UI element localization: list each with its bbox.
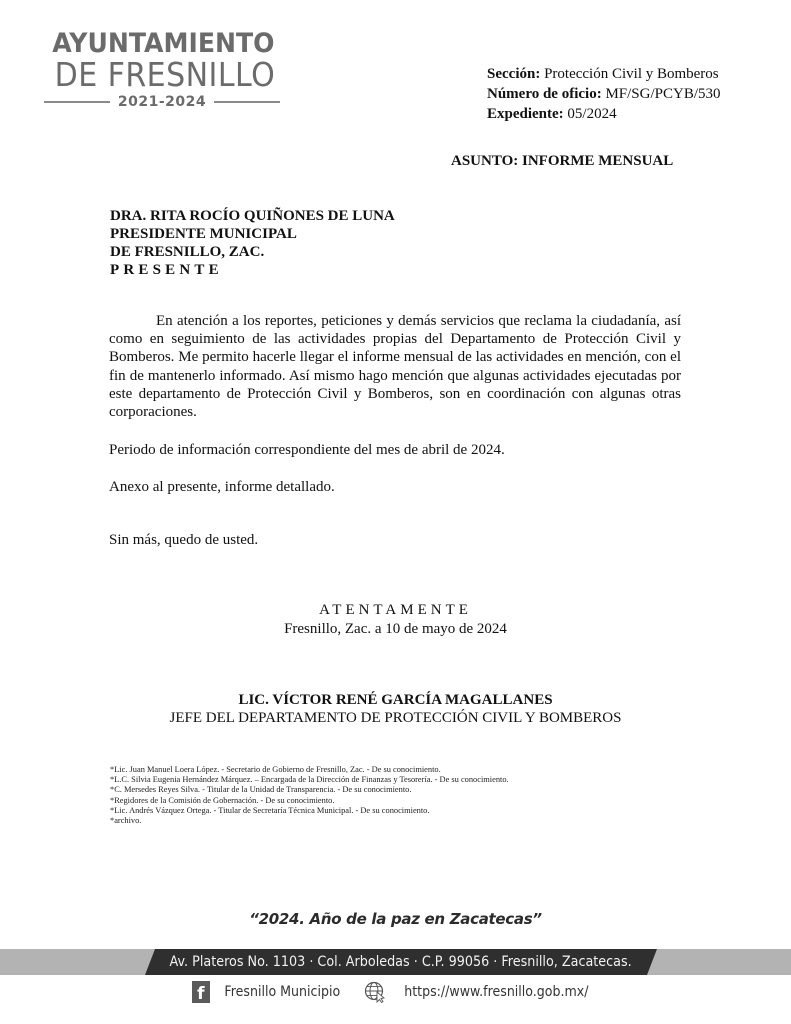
cc-item: *Lic. Juan Manuel Loera López. - Secreta… (110, 765, 509, 775)
logo-ayuntamiento: AYUNTAMIENTO (52, 30, 271, 58)
footer-address: Av. Plateros No. 1103 · Col. Arboledas ·… (170, 954, 632, 970)
meta-expediente-label: Expediente: (487, 106, 564, 122)
document-meta: Sección: Protección Civil y Bomberos Núm… (487, 64, 721, 124)
meta-oficio: Número de oficio: MF/SG/PCYB/530 (487, 84, 721, 104)
logo-de-fresnillo: DE FRESNILLO (55, 58, 270, 92)
globe-cursor-icon[interactable] (364, 981, 386, 1003)
meta-seccion-label: Sección: (487, 66, 540, 82)
meta-expediente: Expediente: 05/2024 (487, 104, 721, 124)
footer-slogan: “2024. Año de la paz en Zacatecas” (0, 910, 791, 928)
logo-rule-right (214, 101, 280, 103)
addressee-block: DRA. RITA ROCÍO QUIÑONES DE LUNA PRESIDE… (110, 207, 395, 279)
municipality-logo: AYUNTAMIENTO DE FRESNILLO 2021-2024 (44, 30, 280, 110)
footer-links: f Fresnillo Municipio https://www.fresni… (0, 981, 791, 1003)
logo-years: 2021-2024 (110, 94, 214, 110)
cc-item: *Regidores de la Comisión de Gobernación… (110, 796, 509, 806)
closing-atentamente: ATENTAMENTE (0, 601, 791, 619)
addressee-name: DRA. RITA ROCÍO QUIÑONES DE LUNA (110, 207, 395, 225)
addressee-presente: PRESENTE (110, 261, 395, 279)
despedida-text: Sin más, quedo de usted. (109, 531, 258, 549)
cc-item: *C. Mersedes Reyes Silva. - Titular de l… (110, 785, 509, 795)
signer-name: LIC. VÍCTOR RENÉ GARCÍA MAGALLANES (0, 691, 791, 709)
meta-expediente-value: 05/2024 (567, 106, 616, 122)
facebook-link[interactable]: Fresnillo Municipio (224, 984, 340, 1000)
meta-seccion-value: Protección Civil y Bomberos (544, 66, 719, 82)
footer-address-band: Av. Plateros No. 1103 · Col. Arboledas ·… (145, 949, 657, 975)
body-paragraph-1: En atención a los reportes, peticiones y… (109, 312, 681, 421)
addressee-place: DE FRESNILLO, ZAC. (110, 243, 395, 261)
cc-item: *Lic. Andrés Vázquez Ortega. - Titular d… (110, 806, 509, 816)
meta-oficio-label: Número de oficio: (487, 86, 602, 102)
cc-list: *Lic. Juan Manuel Loera López. - Secreta… (110, 765, 509, 826)
logo-rule-left (44, 101, 110, 103)
logo-years-row: 2021-2024 (44, 94, 280, 110)
signer-title: JEFE DEL DEPARTAMENTO DE PROTECCIÓN CIVI… (0, 709, 791, 727)
closing-place-date: Fresnillo, Zac. a 10 de mayo de 2024 (0, 620, 791, 638)
meta-oficio-value: MF/SG/PCYB/530 (605, 86, 720, 102)
website-link[interactable]: https://www.fresnillo.gob.mx/ (405, 984, 589, 1000)
cc-item: *archivo. (110, 816, 509, 826)
subject-line: ASUNTO: INFORME MENSUAL (451, 153, 673, 170)
periodo-text: Periodo de información correspondiente d… (109, 441, 505, 459)
anexo-text: Anexo al presente, informe detallado. (109, 478, 335, 496)
body-paragraph: En atención a los reportes, peticiones y… (109, 312, 681, 421)
cc-item: *L.C. Silvia Eugenia Hernández Márquez. … (110, 775, 509, 785)
addressee-title: PRESIDENTE MUNICIPAL (110, 225, 395, 243)
meta-seccion: Sección: Protección Civil y Bomberos (487, 64, 721, 84)
facebook-icon[interactable]: f (192, 981, 210, 1003)
